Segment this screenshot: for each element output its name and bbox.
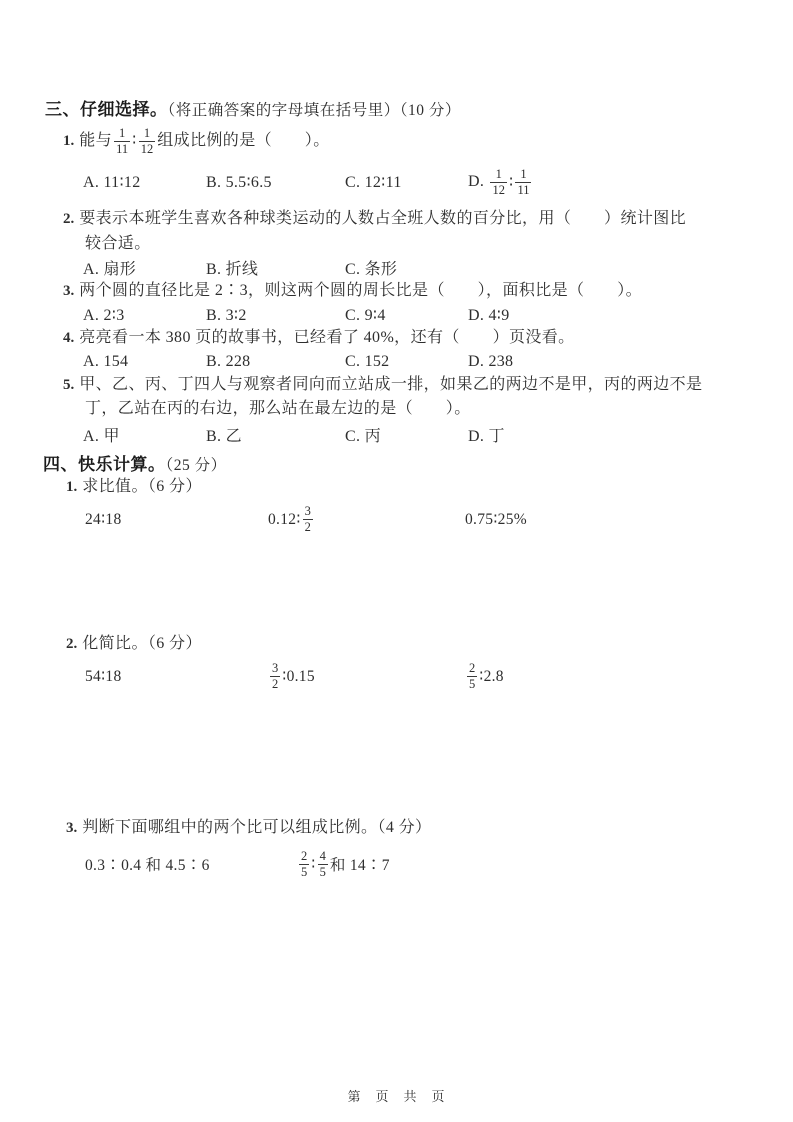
q2-option-a: A. 扇形: [83, 256, 136, 278]
calc-sub1-title: 1.求比值。（6 分）: [66, 477, 202, 497]
question-1: 1. 能与 111 ∶ 112 组成比例的是（ ）。: [63, 120, 330, 162]
expr-54-18: 54∶18: [85, 653, 122, 699]
expr-03-04-and-45-6: 0.3∶0.4 和 4.5∶6: [85, 841, 210, 887]
fraction-1-11: 111: [114, 126, 130, 156]
q5-option-d: D. 丁: [468, 423, 505, 445]
fraction-4-5: 45: [318, 849, 328, 879]
question-2-continuation: 较合适。: [85, 234, 151, 254]
calc-sub3-title: 3.判断下面哪组中的两个比可以组成比例。（4 分）: [66, 818, 431, 838]
worksheet-page: 三、仔细选择。（将正确答案的字母填在括号里）（10 分） 1. 能与 111 ∶…: [0, 0, 793, 1122]
question-3-options: A. 2∶3 B. 3∶2 C. 9∶4 D. 4∶9: [0, 304, 793, 326]
expr-2-5-4-5-and-14-7: 25∶45和 14∶7: [297, 841, 390, 887]
section-calc-title: 四、快乐计算。: [43, 455, 166, 474]
q5-option-a: A. 甲: [83, 423, 120, 445]
ratio-colon: ∶: [311, 855, 315, 874]
question-5-options: A. 甲 B. 乙 C. 丙 D. 丁: [0, 423, 793, 445]
calc-sub2-text: 化简比。（6 分）: [82, 635, 202, 652]
fraction-2-5: 25: [467, 661, 477, 691]
question-3: 3.两个圆的直径比是 2∶3，则这两个圆的周长比是（ ），面积比是（ ）。: [63, 281, 642, 301]
question-1-text-pre: 能与: [79, 131, 112, 151]
question-4: 4.亮亮看一本 380 页的故事书，已经看了 40%，还有（ ）页没看。: [63, 328, 575, 348]
calc-sub2-title: 2.化简比。（6 分）: [66, 634, 202, 654]
q2-option-b: B. 折线: [206, 256, 258, 278]
fraction-3-2: 32: [303, 504, 313, 534]
q5-option-c: C. 丙: [345, 423, 381, 445]
q1-option-d: D. 112∶111: [468, 161, 533, 203]
fraction-3-2: 32: [270, 661, 280, 691]
q3-option-b: B. 3∶2: [206, 304, 247, 326]
question-2-line2: 较合适。: [85, 235, 151, 252]
question-1-number: 1.: [63, 131, 74, 151]
section-calc-score: （25 分）: [166, 457, 227, 474]
section-choice-header: 三、仔细选择。（将正确答案的字母填在括号里）（10 分）: [45, 95, 461, 120]
question-2-line1: 要表示本班学生喜欢各种球类运动的人数占全班人数的百分比，用（ ）统计图比: [79, 210, 686, 227]
question-2-options: A. 扇形 B. 折线 C. 条形: [0, 256, 793, 278]
page-footer: 第 页 共 页: [0, 1086, 793, 1105]
calc-sub3-number: 3.: [66, 820, 77, 836]
question-5-line2: 丁，乙站在丙的右边，那么站在最左边的是（ ）。: [85, 400, 471, 417]
expr-text: ∶2.8: [479, 667, 504, 686]
q1-option-b: B. 5.5∶6.5: [206, 161, 272, 203]
question-5: 5.甲、乙、丙、丁四人与观察者同向而立站成一排，如果乙的两边不是甲，丙的两边不是: [63, 375, 702, 395]
question-3-line1: 两个圆的直径比是 2∶3，则这两个圆的周长比是（ ），面积比是（ ）。: [79, 282, 642, 299]
calc-row-1: 24∶18 0.12∶32 0.75∶25%: [0, 496, 793, 542]
q4-option-b: B. 228: [206, 351, 250, 373]
fraction-1-12: 112: [490, 167, 507, 197]
question-5-line1: 甲、乙、丙、丁四人与观察者同向而立站成一排，如果乙的两边不是甲，丙的两边不是: [79, 376, 702, 393]
expr-3-2-015: 32∶0.15: [268, 653, 315, 699]
q1-option-d-label: D.: [468, 173, 484, 191]
expr-text: ∶0.15: [282, 667, 315, 686]
fraction-1-12: 112: [139, 126, 156, 156]
calc-row-3: 0.3∶0.4 和 4.5∶6 25∶45和 14∶7: [0, 841, 793, 887]
question-2-number: 2.: [63, 211, 74, 227]
question-1-options: A. 11∶12 B. 5.5∶6.5 C. 12∶11 D. 112∶111: [0, 161, 793, 203]
q4-option-c: C. 152: [345, 351, 389, 373]
fraction-2-5: 25: [299, 849, 309, 879]
expr-2-5-28: 25∶2.8: [465, 653, 504, 699]
question-3-number: 3.: [63, 283, 74, 299]
section-calc-header: 四、快乐计算。（25 分）: [43, 450, 227, 475]
question-5-continuation: 丁，乙站在丙的右边，那么站在最左边的是（ ）。: [85, 399, 471, 419]
q1-option-a: A. 11∶12: [83, 161, 141, 203]
fraction-1-11: 111: [515, 167, 531, 197]
q3-option-c: C. 9∶4: [345, 304, 386, 326]
q2-option-c: C. 条形: [345, 256, 397, 278]
q1-option-c: C. 12∶11: [345, 161, 402, 203]
question-4-line1: 亮亮看一本 380 页的故事书，已经看了 40%，还有（ ）页没看。: [79, 329, 574, 346]
question-5-number: 5.: [63, 377, 74, 393]
expr-012-3-2: 0.12∶32: [268, 496, 315, 542]
calc-sub3-text: 判断下面哪组中的两个比可以组成比例。（4 分）: [82, 819, 431, 836]
calc-sub1-text: 求比值。（6 分）: [82, 478, 202, 495]
q5-option-b: B. 乙: [206, 423, 242, 445]
question-1-text-post: 组成比例的是（ ）。: [157, 131, 329, 151]
q4-option-a: A. 154: [83, 351, 128, 373]
ratio-colon: ∶: [509, 172, 513, 192]
expr-text: 0.12∶: [268, 510, 301, 529]
expr-24-18: 24∶18: [85, 496, 122, 542]
ratio-colon: ∶: [132, 131, 137, 151]
expr-075-25pct: 0.75∶25%: [465, 496, 527, 542]
q3-option-d: D. 4∶9: [468, 304, 510, 326]
section-choice-title: 三、仔细选择。: [45, 100, 168, 119]
expr-text: 和 14∶7: [330, 853, 390, 875]
question-2: 2.要表示本班学生喜欢各种球类运动的人数占全班人数的百分比，用（ ）统计图比: [63, 209, 686, 229]
calc-row-2: 54∶18 32∶0.15 25∶2.8: [0, 653, 793, 699]
q4-option-d: D. 238: [468, 351, 513, 373]
calc-sub1-number: 1.: [66, 479, 77, 495]
question-4-options: A. 154 B. 228 C. 152 D. 238: [0, 351, 793, 373]
q3-option-a: A. 2∶3: [83, 304, 125, 326]
question-4-number: 4.: [63, 330, 74, 346]
calc-sub2-number: 2.: [66, 636, 77, 652]
section-choice-note: （将正确答案的字母填在括号里）（10 分）: [168, 102, 461, 119]
